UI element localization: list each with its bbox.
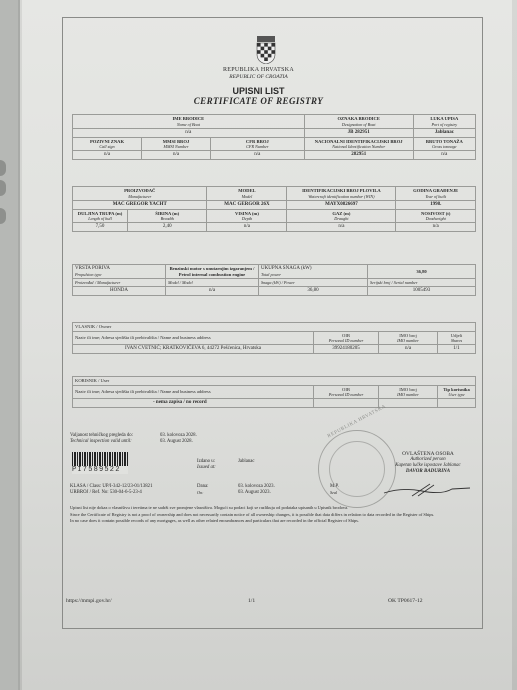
inspection-labels: Valjanost tehničkog pregleda do: Technic… [70, 433, 133, 445]
owner-table: VLASNIK / Owner Naziv ili ime; Adresa sj… [72, 322, 476, 354]
tonnage-value: n/a [413, 151, 475, 160]
punch-hole [0, 208, 6, 224]
footer-url[interactable]: https://mmpi.gov.hr/ [66, 598, 112, 604]
issued-at-labels: Izdano u: Issued at: [197, 459, 216, 471]
deadweight-value: n/a [396, 223, 476, 232]
engine-serial-label: Serijski broj / Serial number [368, 279, 476, 287]
mmsi-label-en: MMSI Number [144, 144, 208, 149]
name-label-en: Name of Boat [75, 122, 302, 127]
user-imo-label-en: IMO number [381, 392, 435, 397]
note-hr: Upisni list nije dokaz o vlasništvu i te… [70, 505, 476, 510]
port-value: Jablanac [413, 128, 475, 137]
year-value: 1998. [396, 200, 476, 209]
model-value: MAC GERGOR 26X [207, 200, 287, 209]
win-label-en: Watercraft identification number (WIN) [289, 194, 393, 199]
note-en-2: In no case does it contain possible reco… [70, 518, 476, 523]
punch-hole [0, 160, 6, 176]
length-label-en: Length of hull [75, 216, 125, 221]
owner-imo-label-en: IMO number [381, 338, 435, 343]
draught-value: n/a [287, 223, 396, 232]
country-name: REPUBLIKA HRVATSKA [0, 67, 517, 73]
issue-date-en: 03. August 2023. [238, 490, 275, 496]
owner-shares-label-en: Shares [440, 338, 473, 343]
propulsion-table: VRSTA PORIVAPropulsion type Benzinski mo… [72, 264, 476, 296]
owner-section-label: VLASNIK / Owner [73, 323, 476, 332]
call-sign-value: n/a [73, 151, 142, 160]
engine-manufacturer-value: HONDA [73, 287, 166, 296]
depth-value: n/a [207, 223, 287, 232]
port-label-en: Port of registry [416, 122, 473, 127]
user-no-record: - nema zapisa / no record [73, 399, 314, 408]
footer-form-code: OK TP0617-12 [388, 598, 423, 604]
win-label: IDENTIFIKACIJSKI BROJ PLOVILA [289, 188, 393, 194]
breadth-label-en: Breadth [130, 216, 204, 221]
engine-model-label: Model / Model [166, 279, 259, 287]
depth-label-en: Depth [209, 216, 284, 221]
engine-power-label: Snaga (kW) / Power [259, 279, 368, 287]
model-label-en: Model [209, 194, 284, 199]
user-name-label: Naziv ili ime; Adresa sjedišta ili prebi… [73, 385, 314, 399]
total-power-value: 36,80 [368, 265, 476, 279]
issue-date-label-en: On: [197, 490, 208, 496]
document-title: UPISNI LIST [0, 86, 517, 96]
issue-date-values: 03. kolovoza 2023. 03. August 2023. [238, 484, 275, 496]
engine-serial-value: 1005493 [368, 287, 476, 296]
user-table: KORISNIK / User Naziv ili ime; Adresa sj… [72, 376, 476, 408]
breadth-value: 2,40 [128, 223, 207, 232]
user-type-label-en: User type [440, 392, 473, 397]
national-id-value: 282951 [304, 151, 413, 160]
user-oib-label-en: Personal ID number [316, 392, 376, 397]
inspection-label-en: Technical inspection valid until: [70, 439, 133, 445]
owner-shares-value: 1/1 [438, 345, 476, 354]
boat-name-value: n/a [73, 128, 305, 137]
owner-oib-label-en: Personal ID number [316, 338, 376, 343]
document-title-en: CERTIFICATE OF REGISTRY [0, 96, 517, 106]
signature [382, 483, 472, 497]
inspection-date-en: 03. August 2028. [160, 439, 197, 445]
legal-notes: Upisni list nije dokaz o vlasništvu i te… [70, 505, 476, 523]
issued-at-label-en: Issued at: [197, 465, 216, 471]
designation-label-en: Designation of Boat [307, 122, 411, 127]
cfr-value: n/a [211, 151, 305, 160]
propulsion-type-value: Benzinski motor s unutarnjim izgaranjem … [166, 265, 259, 279]
engine-model-value: n/a [166, 287, 259, 296]
country-name-en: REPUBLIC OF CROATIA [0, 74, 517, 80]
length-value: 7,50 [73, 223, 128, 232]
manufacturer-label-en: Manufacturer [75, 194, 204, 199]
owner-oib-value: 39924180205 [314, 345, 379, 354]
national-id-label-en: National Identification Number [307, 144, 411, 149]
engine-power-value: 36,80 [259, 287, 368, 296]
total-power-label-en: Total power [261, 272, 365, 277]
reference-numbers: KLASA / Class: UP/I-342-12/23-01/13821 U… [70, 484, 152, 496]
deadweight-label-en: Deadweight [398, 216, 473, 221]
inspection-dates: 03. kolovoza 2028. 03. August 2028. [160, 433, 197, 445]
croatian-coat-of-arms-icon [255, 36, 277, 64]
build-details-table: PROIZVOĐAČManufacturer MODELModel IDENTI… [72, 186, 476, 232]
issue-date-labels: Dana: On: [197, 484, 208, 496]
stamp-inner-ring [329, 441, 385, 497]
year-label-en: Year of built [398, 194, 473, 199]
tonnage-label-en: Gross tonnage [416, 144, 473, 149]
barcode-number: PI7589522 [72, 466, 128, 474]
user-section-label: KORISNIK / User [73, 377, 476, 386]
issued-at-value: Jablanac [238, 459, 255, 464]
win-value: MAYX0826697 [287, 200, 396, 209]
propulsion-type-label-en: Propulsion type [75, 272, 163, 277]
designation-value: JB 282951 [304, 128, 413, 137]
owner-imo-value: n/a [379, 345, 438, 354]
owner-name-label: Naziv ili ime; Adresa sjedišta ili prebi… [73, 331, 314, 345]
owner-name-value: IVAN CVETNIĆ; KRATKOVIČEVA 6, 44272 Pešć… [73, 345, 314, 354]
authorized-name: DAVOR BADURINA [378, 469, 478, 475]
punch-hole [0, 180, 6, 196]
cfr-label-en: CFR Number [213, 144, 302, 149]
manufacturer-value: MAC GREGOR YACHT [73, 200, 207, 209]
authorized-person: OVLAŠTENA OSOBA Authorized person Kapeta… [378, 451, 478, 475]
mmsi-value: n/a [142, 151, 211, 160]
call-sign-label-en: Call sign [75, 144, 139, 149]
boat-identification-table: IME BRODICEName of Boat OZNAKA BRODICEDe… [72, 114, 476, 160]
engine-manufacturer-label: Proizvođač / Manufacturer [73, 279, 166, 287]
footer-page-number: 1/1 [248, 598, 255, 604]
urbroj: URBROJ / Ref. No: 530-04-6-5-23-4 [70, 490, 152, 496]
draught-label-en: Draught [289, 216, 393, 221]
